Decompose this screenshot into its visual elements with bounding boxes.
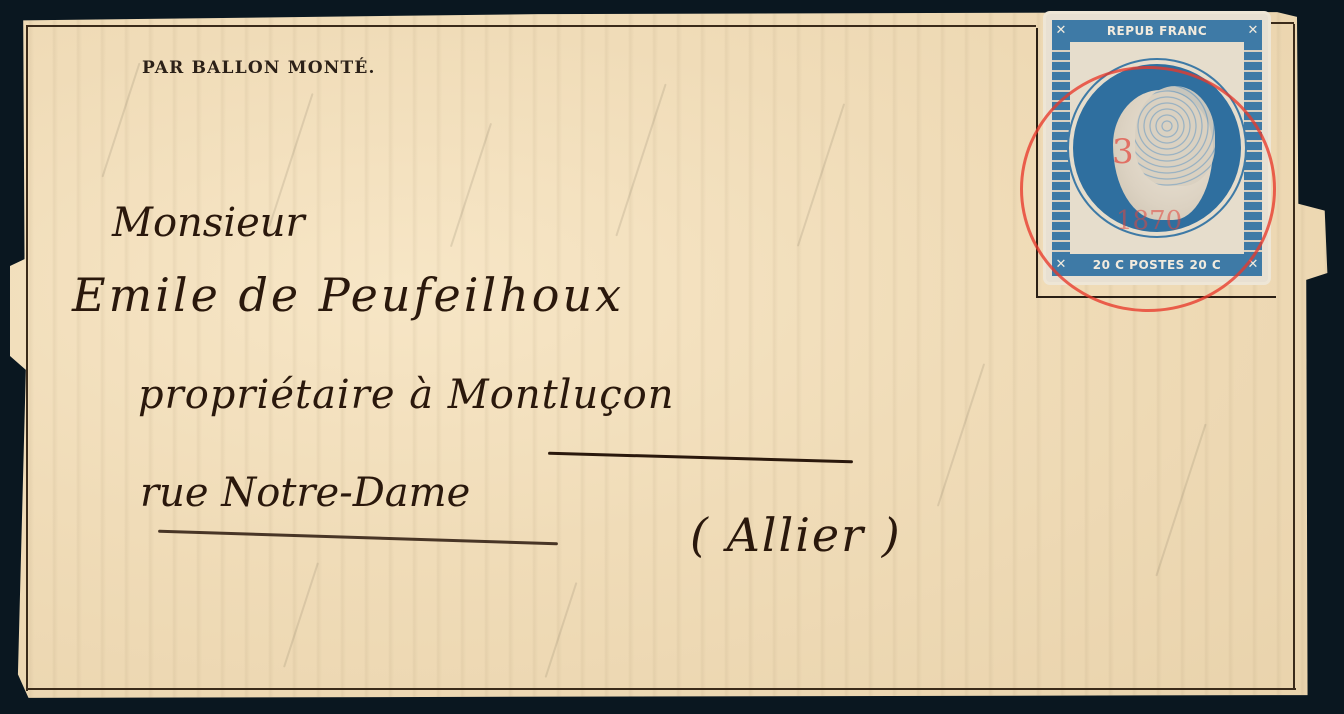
cross-icon: ✕ [1052,254,1070,276]
cross-icon: ✕ [1052,20,1070,42]
stamp-greek-key-border-left [1052,42,1070,254]
printed-border-corner [1270,22,1294,24]
address-line-department: ( Allier ) [690,508,902,562]
address-line-salutation: Monsieur [112,200,305,246]
stamp-box-border-bottom [1036,296,1276,298]
printed-border-top [26,25,1036,27]
printed-border-left [26,26,28,691]
stamp-box-border-left [1036,28,1038,296]
wheat-wreath-icon [1135,86,1215,186]
printed-border-bottom [26,688,1296,690]
stamp-design: REPUB FRANC 20 C POSTES 20 C ✕ ✕ ✕ ✕ [1052,20,1262,276]
printed-header: PAR BALLON MONTÉ. [142,58,376,78]
stamp-value-label: 20 C POSTES 20 C [1070,254,1244,276]
address-line-street: rue Notre-Dame [140,470,470,516]
stamp-top-label: REPUB FRANC [1070,20,1244,42]
postmark-year: 1870 [1116,206,1182,236]
address-line-name: Emile de Peufeilhoux [72,268,624,322]
address-line-town: propriétaire à Montluçon [138,372,674,418]
cross-icon: ✕ [1244,254,1262,276]
cross-icon: ✕ [1244,20,1262,42]
stamp-greek-key-border-right [1244,42,1262,254]
postmark-date-digit: 3 [1112,132,1134,172]
printed-border-right [1293,24,1295,688]
postage-stamp: REPUB FRANC 20 C POSTES 20 C ✕ ✕ ✕ ✕ [1046,14,1268,282]
